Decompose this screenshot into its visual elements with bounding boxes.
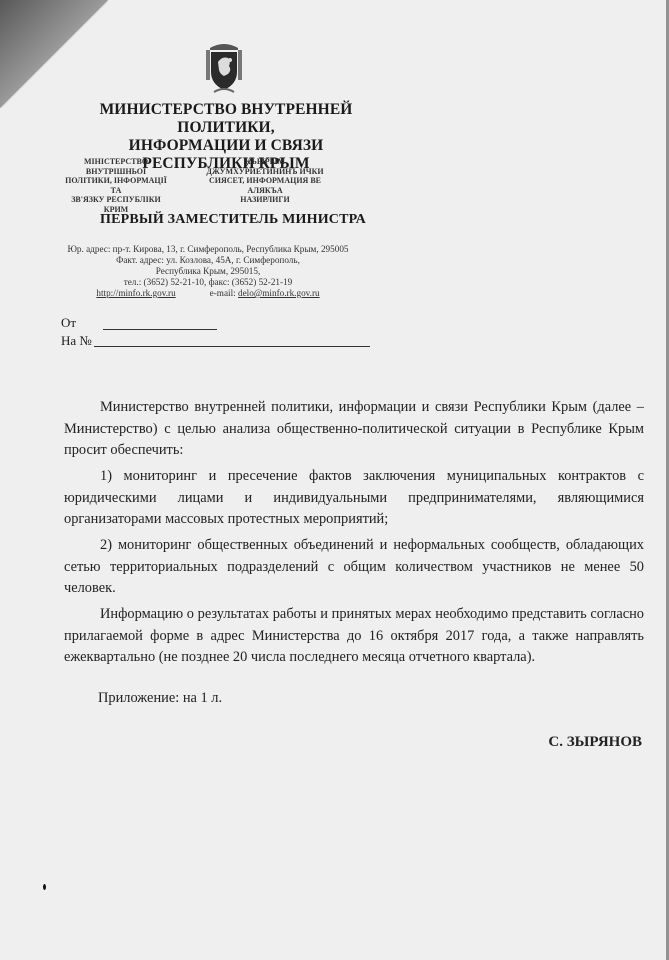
- ukrainian-line: ПОЛІТИКИ, ІНФОРМАЦІЇ ТА: [60, 176, 172, 195]
- email-link[interactable]: delo@minfo.rk.gov.ru: [238, 288, 320, 298]
- crimean-tatar-line: НАЗИРЛИГИ: [205, 195, 325, 205]
- signatory-name: С. ЗЫРЯНОВ: [548, 734, 642, 751]
- from-label: От: [61, 313, 76, 332]
- ukrainian-line: МІНІСТЕРСТВО ВНУТРІШНЬОЇ: [60, 157, 172, 176]
- body-paragraph: Информацию о результатах работы и принят…: [64, 604, 644, 669]
- body-paragraph: Министерство внутренней политики, информ…: [64, 397, 644, 462]
- position-title: ПЕРВЫЙ ЗАМЕСТИТЕЛЬ МИНИСТРА: [100, 212, 366, 228]
- website-link[interactable]: http://minfo.rk.gov.ru: [96, 288, 175, 299]
- crimean-tatar-line: КЪЫРЫМ ДЖУМХУРИЕТИНИНЪ ИЧКИ: [205, 157, 325, 176]
- ministry-name-line: ИНФОРМАЦИИ И СВЯЗИ: [66, 137, 386, 155]
- address-block: Юр. адрес: пр-т. Кирова, 13, г. Симфероп…: [58, 244, 358, 299]
- actual-address-2: Республика Крым, 295015,: [58, 266, 358, 277]
- legal-address: Юр. адрес: пр-т. Кирова, 13, г. Симфероп…: [58, 244, 358, 255]
- email-label: e-mail:: [210, 288, 238, 298]
- phone-fax: тел.: (3652) 52-21-10, факс: (3652) 52-2…: [58, 277, 358, 288]
- ministry-name-crimean-tatar: КЪЫРЫМ ДЖУМХУРИЕТИНИНЪ ИЧКИ СИЯСЕТ, ИНФО…: [205, 157, 325, 205]
- number-line: [94, 345, 370, 347]
- body-paragraph: 2) мониторинг общественных объединений и…: [64, 535, 644, 600]
- from-line: [103, 328, 217, 330]
- crimean-tatar-line: СИЯСЕТ, ИНФОРМАЦИЯ ВЕ АЛЯКЪА: [205, 176, 325, 195]
- actual-address-1: Факт. адрес: ул. Козлова, 45А, г. Симфер…: [58, 255, 358, 266]
- scan-artifact: [43, 884, 46, 890]
- page-corner-fold: [0, 0, 108, 108]
- coat-of-arms-icon: [204, 40, 244, 94]
- ministry-name-line: МИНИСТЕРСТВО ВНУТРЕННЕЙ ПОЛИТИКИ,: [66, 101, 386, 137]
- attachment-note: Приложение: на 1 л.: [98, 690, 222, 707]
- ministry-name-ukrainian: МІНІСТЕРСТВО ВНУТРІШНЬОЇ ПОЛІТИКИ, ІНФОР…: [60, 157, 172, 214]
- letter-body: Министерство внутренней политики, информ…: [64, 397, 644, 673]
- reference-block: От На №: [61, 313, 370, 350]
- number-label: На №: [61, 331, 92, 350]
- body-paragraph: 1) мониторинг и пресечение фактов заключ…: [64, 466, 644, 531]
